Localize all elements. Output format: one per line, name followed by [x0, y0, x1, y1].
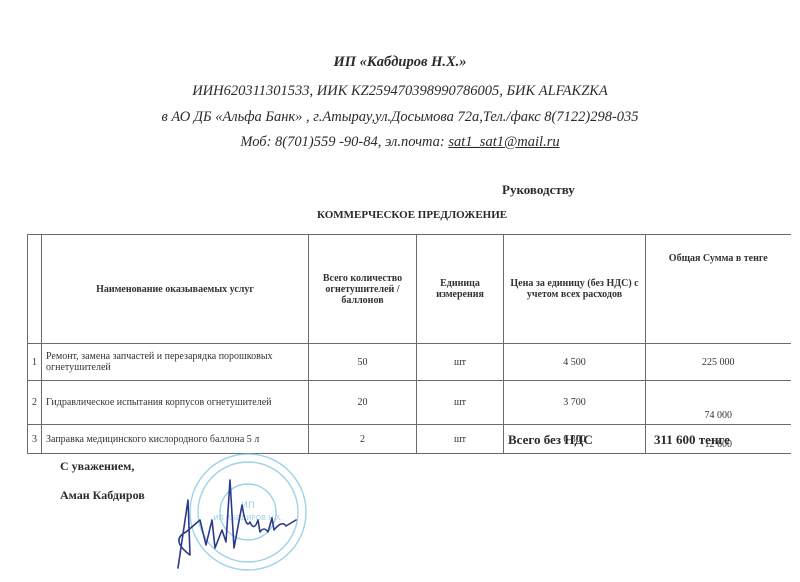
- closing-regards: С уважением,: [60, 459, 134, 474]
- col-unit: Единица измерения: [417, 235, 504, 344]
- col-service: Наименование оказываемых услуг: [42, 235, 309, 344]
- contacts: Моб: 8(701)559 -90-84, эл.почта: sat1_sa…: [0, 134, 800, 151]
- row-service: Ремонт, замена запчастей и перезарядка п…: [42, 344, 309, 381]
- row-price: 3 700: [504, 381, 646, 425]
- row-number: 3: [28, 425, 42, 454]
- offer-table: Наименование оказываемых услуг Всего кол…: [27, 234, 791, 454]
- company-requisites: ИИН620311301533, ИИК KZ25947039899078600…: [0, 83, 800, 100]
- row-service: Гидравлическое испытания корпусов огнету…: [42, 381, 309, 425]
- company-name: ИП «Кабдиров Н.Х.»: [0, 54, 800, 71]
- row-number: 1: [28, 344, 42, 381]
- row-unit: шт: [417, 425, 504, 454]
- table-row: 2 Гидравлическое испытания корпусов огне…: [28, 381, 791, 425]
- bank-address: в АО ДБ «Альфа Банк» , г.Атырау,ул.Досым…: [0, 109, 800, 126]
- total-value: 311 600 тенге: [654, 432, 730, 448]
- table-row: 1 Ремонт, замена запчастей и перезарядка…: [28, 344, 791, 381]
- email-link[interactable]: sat1_sat1@mail.ru: [448, 134, 559, 150]
- row-unit: шт: [417, 381, 504, 425]
- row-number: 2: [28, 381, 42, 425]
- col-total: Общая Сумма в тенге: [646, 235, 791, 344]
- row-unit: шт: [417, 344, 504, 381]
- row-price: 4 500: [504, 344, 646, 381]
- row-total: 74 000: [646, 381, 791, 425]
- col-quantity: Всего количество огнетушителей / баллоно…: [309, 235, 417, 344]
- addressee: Руководству: [502, 182, 575, 198]
- contacts-phone: Моб: 8(701)559 -90-84, эл.почта:: [240, 134, 448, 150]
- row-quantity: 2: [309, 425, 417, 454]
- total-label: Всего без НДС: [508, 432, 593, 448]
- row-quantity: 50: [309, 344, 417, 381]
- row-total: 225 000: [646, 344, 791, 381]
- table-header-row: Наименование оказываемых услуг Всего кол…: [28, 235, 791, 344]
- col-number: [28, 235, 42, 344]
- row-quantity: 20: [309, 381, 417, 425]
- signature-icon: [160, 460, 310, 570]
- document-title: КОММЕРЧЕСКОЕ ПРЕДЛОЖЕНИЕ: [317, 209, 507, 221]
- col-price: Цена за единицу (без НДС) с учетом всех …: [504, 235, 646, 344]
- signer-name: Аман Кабдиров: [60, 488, 145, 503]
